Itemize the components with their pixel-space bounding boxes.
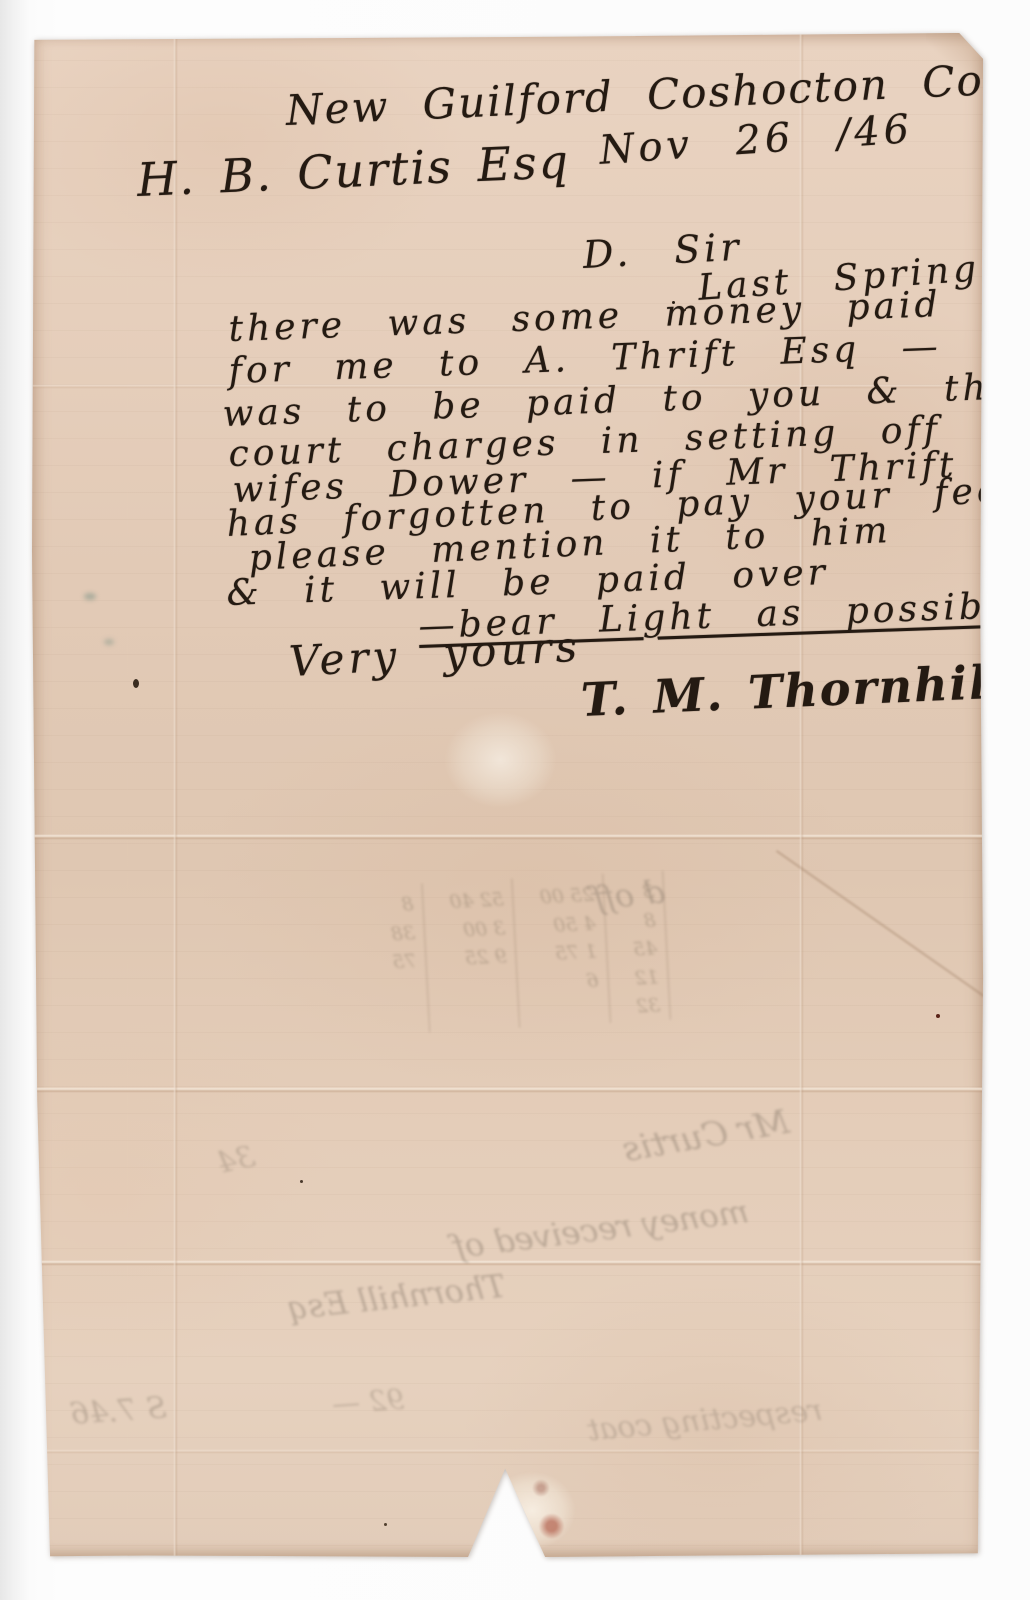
bleedthrough-figure-col: 8 38 75 — [388, 884, 430, 1034]
addressee-line: H. B. Curtis Esq — [136, 138, 571, 203]
fold-crease-diagonal — [776, 850, 994, 1004]
bleedthrough-script: S 7.46 — [69, 1386, 169, 1438]
place-line: New Guilford Coshocton Co O — [285, 56, 1030, 131]
bleedthrough-script: d off — [590, 867, 667, 922]
wax-seal-stain — [457, 1441, 607, 1553]
bleedthrough-script: 92 — — [331, 1379, 406, 1426]
bleedthrough-script: Mr Curtis — [619, 1097, 793, 1176]
teal-smudge — [104, 639, 114, 645]
bleedthrough-script: money received of — [450, 1187, 751, 1271]
bleedthrough-script: respecting coat — [585, 1388, 824, 1453]
ink-speck — [672, 301, 675, 304]
signature: T. M. Thornhill — [580, 658, 1009, 723]
red-speck — [936, 1014, 940, 1018]
fold-crease-vertical-1 — [174, 33, 177, 1557]
dirt-speck — [300, 1180, 303, 1183]
teal-smudge — [84, 593, 96, 600]
scan-background: 3 8 45 12 32 25 00 4 50 1 75 6 52 40 3 0… — [0, 0, 1030, 1600]
ink-speck — [684, 309, 686, 311]
bleedthrough-script: Thornhill Esq — [285, 1262, 508, 1333]
ink-speck — [133, 679, 139, 688]
closing-line: Very yours — [288, 626, 582, 683]
bleedthrough-figure-col: 52 40 3 00 9 25 — [448, 879, 520, 1031]
letter-paper: 3 8 45 12 32 25 00 4 50 1 75 6 52 40 3 0… — [32, 33, 984, 1557]
dirt-speck — [384, 1523, 387, 1526]
bleedthrough-script: 34 — [213, 1135, 260, 1187]
